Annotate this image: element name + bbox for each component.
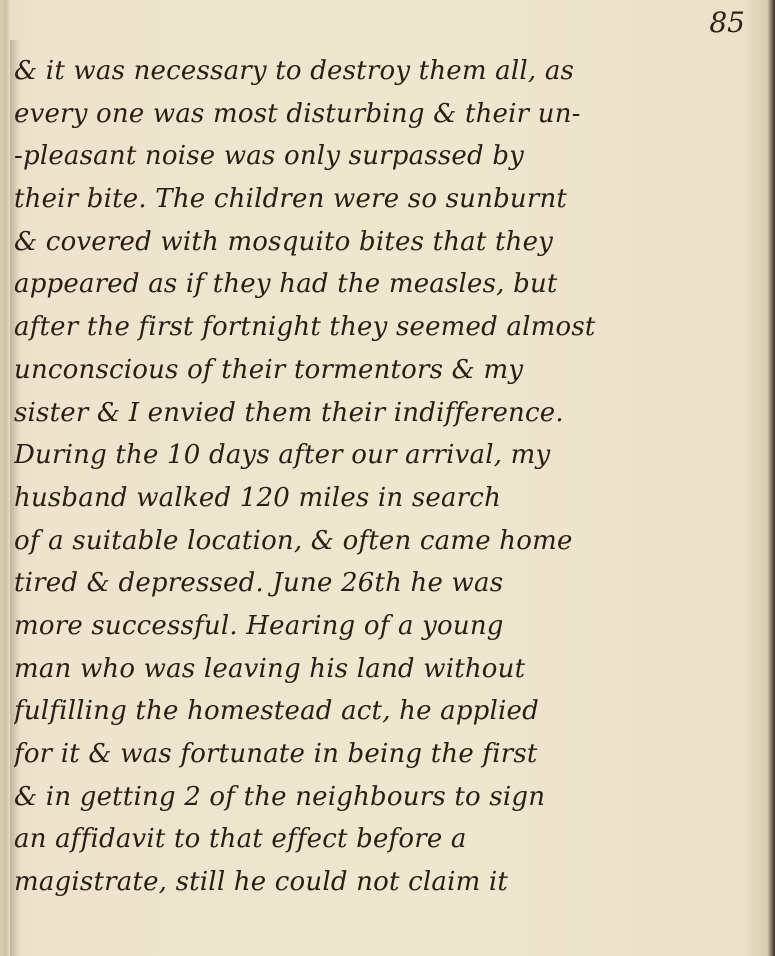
text-line: for it & was fortunate in being the firs… <box>14 733 771 776</box>
text-line: tired & depressed. June 26th he was <box>14 562 771 605</box>
text-line: -pleasant noise was only surpassed by <box>14 135 771 178</box>
page-number: 85 <box>709 6 745 39</box>
handwritten-text-body: & it was necessary to destroy them all, … <box>14 50 771 904</box>
text-line: fulfilling the homestead act, he applied <box>14 690 771 733</box>
text-line: of a suitable location, & often came hom… <box>14 520 771 563</box>
text-line: after the first fortnight they seemed al… <box>14 306 771 349</box>
text-line: During the 10 days after our arrival, my <box>14 434 771 477</box>
text-line: every one was most disturbing & their un… <box>14 93 771 136</box>
text-line: & it was necessary to destroy them all, … <box>14 50 771 93</box>
text-line: & covered with mosquito bites that they <box>14 221 771 264</box>
text-line: sister & I envied them their indifferenc… <box>14 392 771 435</box>
text-line: husband walked 120 miles in search <box>14 477 771 520</box>
text-line: their bite. The children were so sunburn… <box>14 178 771 221</box>
text-line: more successful. Hearing of a young <box>14 605 771 648</box>
manuscript-page: 85 & it was necessary to destroy them al… <box>0 0 775 956</box>
text-line: magistrate, still he could not claim it <box>14 861 771 904</box>
text-line: appeared as if they had the measles, but <box>14 263 771 306</box>
text-line: unconscious of their tormentors & my <box>14 349 771 392</box>
text-line: & in getting 2 of the neighbours to sign <box>14 776 771 819</box>
text-line: an affidavit to that effect before a <box>14 818 771 861</box>
text-line: man who was leaving his land without <box>14 648 771 691</box>
